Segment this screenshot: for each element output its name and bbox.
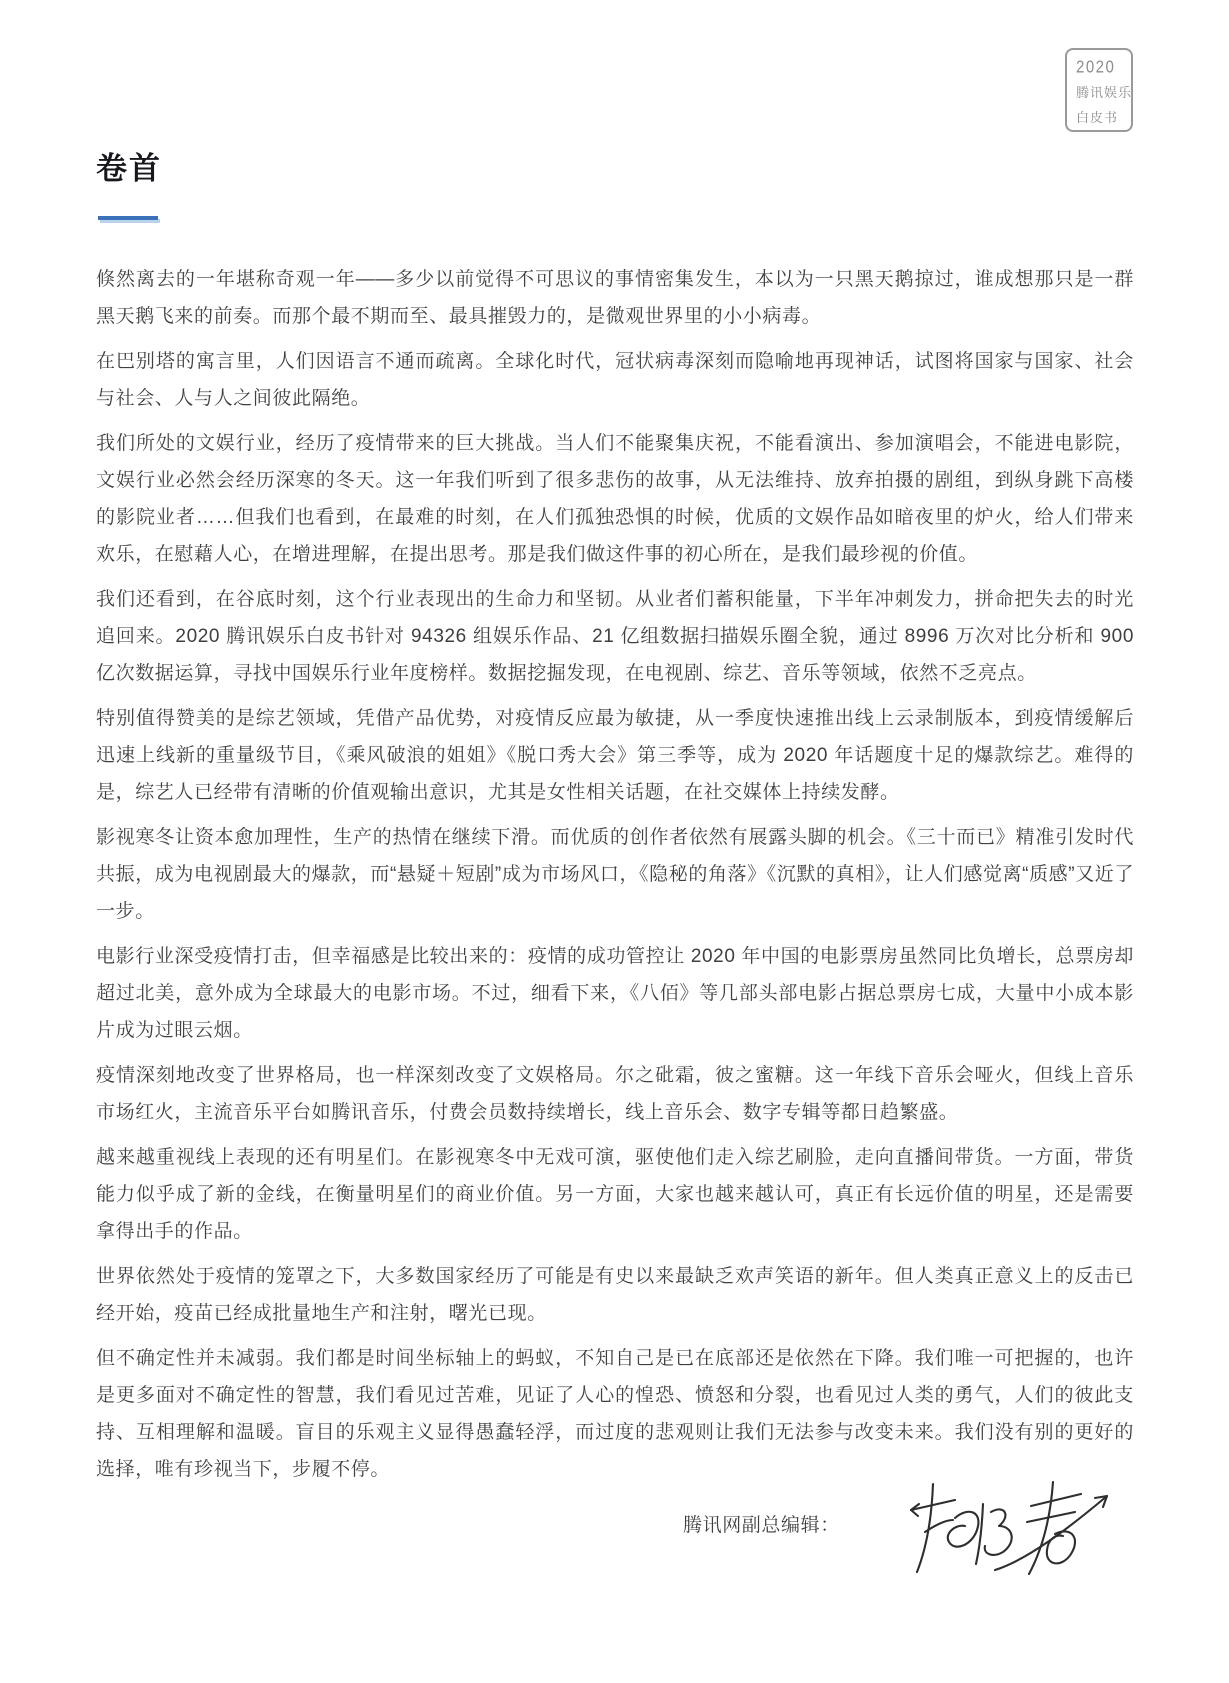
whitepaper-preface-page: 2020 腾讯娱乐 白皮书 卷首 倏然离去的一年堪称奇观一年——多少以前觉得不可… xyxy=(0,0,1229,1683)
body-paragraph: 我们还看到，在谷底时刻，这个行业表现出的生命力和坚韧。从业者们蓄积能量，下半年冲… xyxy=(96,581,1134,692)
body-paragraph: 世界依然处于疫情的笼罩之下，大多数国家经历了可能是有史以来最缺乏欢声笑语的新年。… xyxy=(96,1258,1134,1332)
body-paragraph: 影视寒冬让资本愈加理性，生产的热情在继续下滑。而优质的创作者依然有展露头脚的机会… xyxy=(96,819,1134,930)
body-paragraph: 疫情深刻地改变了世界格局，也一样深刻改变了文娱格局。尔之砒霜，彼之蜜糖。这一年线… xyxy=(96,1057,1134,1131)
whitepaper-logo: 2020 腾讯娱乐 白皮书 xyxy=(1065,48,1133,132)
logo-name-line1: 腾讯娱乐 xyxy=(1076,80,1131,105)
body-paragraph: 越来越重视线上表现的还有明星们。在影视寒冬中无戏可演，驱使他们走入综艺刷脸，走向… xyxy=(96,1139,1134,1250)
title-underline-accent xyxy=(98,216,158,220)
page-title: 卷首 xyxy=(96,150,162,188)
logo-year: 2020 xyxy=(1076,53,1131,82)
handwritten-signature-icon xyxy=(903,1476,1123,1580)
body-paragraph: 电影行业深受疫情打击，但幸福感是比较出来的：疫情的成功管控让 2020 年中国的… xyxy=(96,938,1134,1049)
body-paragraph: 在巴别塔的寓言里，人们因语言不通而疏离。全球化时代，冠状病毒深刻而隐喻地再现神话… xyxy=(96,343,1134,417)
logo-name-line2: 白皮书 xyxy=(1076,105,1131,130)
body-paragraph: 我们所处的文娱行业，经历了疫情带来的巨大挑战。当人们不能聚集庆祝，不能看演出、参… xyxy=(96,425,1134,573)
body-paragraph: 倏然离去的一年堪称奇观一年——多少以前觉得不可思议的事情密集发生，本以为一只黑天… xyxy=(96,261,1134,335)
signature-role-label: 腾讯网副总编辑： xyxy=(683,1512,840,1540)
body-paragraph: 但不确定性并未减弱。我们都是时间坐标轴上的蚂蚁，不知自己是已在底部还是依然在下降… xyxy=(96,1340,1134,1488)
body-paragraph: 特别值得赞美的是综艺领域，凭借产品优势，对疫情反应最为敏捷，从一季度快速推出线上… xyxy=(96,700,1134,811)
preface-body: 倏然离去的一年堪称奇观一年——多少以前觉得不可思议的事情密集发生，本以为一只黑天… xyxy=(96,261,1134,1488)
